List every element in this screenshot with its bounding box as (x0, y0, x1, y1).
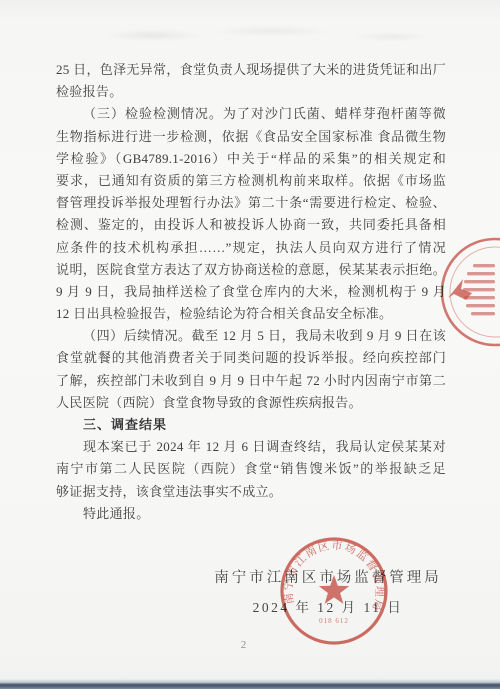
document-text-line: 督管理投诉举报处理暂行办法》第二十条“需要进行检定、检验、 (56, 192, 446, 214)
document-text-line: 应条件的技术机构承担……”规定，执法人员向双方进行了情况 (56, 237, 446, 259)
seal-code-text: 018 612 (319, 617, 349, 625)
document-text-line: 人民医院（西院）食堂食物导致的食源性疾病报告。 (56, 392, 446, 414)
document-text-line: 25 日，色泽无异常，食堂负责人现场提供了大米的进货凭证和出厂 (56, 59, 446, 81)
edge-seal-text-rows (463, 264, 495, 315)
edge-seal-outer-ring (442, 239, 500, 345)
document-text-line: 特此通报。 (56, 503, 446, 525)
document-text-line: 12 日出具检验报告，检验结论为符合相关食品安全标准。 (56, 303, 446, 325)
document-text-line: 检测、鉴定的，由投诉人和被投诉人协商一致，共同委托具备相 (56, 214, 446, 236)
document-body: 25 日，色泽无异常，食堂负责人现场提供了大米的进货凭证和出厂检验报告。（三）检… (56, 59, 446, 525)
document-text-line: 检验报告。 (56, 81, 446, 103)
official-seal-stamp: 南宁市江南区市场监督管理局 018 612 (276, 533, 392, 655)
document-text-line: 说明，医院食堂方表达了双方协商送检的意愿，侯某某表示拒绝。 (56, 259, 446, 281)
scanned-document-page: 25 日，色泽无异常，食堂负责人现场提供了大米的进货凭证和出厂检验报告。（三）检… (0, 0, 500, 689)
document-text-line: 学检验》（GB4789.1-2016）中关于“样品的采集”的相关规定和 (56, 148, 446, 170)
seal-star-icon (319, 575, 349, 604)
document-text-line: 9 月 9 日，我局抽样送检了食堂仓库内的大米，检测机构于 9 月 (56, 281, 446, 303)
document-text-line: 食堂就餐的其他消费者关于同类问题的投诉举报。经向疾控部门 (56, 347, 446, 369)
document-text-line: （四）后续情况。截至 12 月 5 日，我局未收到 9 月 9 日在该 (56, 325, 446, 347)
document-text-line: （三）检验检测情况。为了对沙门氏菌、蜡样芽孢杆菌等微 (56, 103, 446, 125)
document-text-line: 南宁市第二人民医院（西院）食堂“销售馊米饭”的举报缺乏足 (56, 458, 446, 480)
document-text-line: 现本案已于 2024 年 12 月 6 日调查终结，我局认定侯某某对 (56, 436, 446, 458)
document-text-line: 要求，已通知有资质的第三方检测机构前来取样。依据《市场监 (56, 170, 446, 192)
document-text-line: 够证据支持，该食堂违法事实不成立。 (56, 481, 446, 503)
page-number: 2 (0, 639, 488, 651)
document-text-line: 了解，疾控部门未收到自 9 月 9 日中午起 72 小时内因南宁市第二 (56, 370, 446, 392)
paper-smudge (90, 20, 440, 48)
scan-bottom-edge (0, 679, 500, 689)
edge-seal-stamp (439, 234, 500, 348)
document-text-line: 三、调查结果 (56, 414, 446, 436)
document-text-line: 生物指标进行进一步检测，依据《食品安全国家标准 食品微生物 (56, 126, 446, 148)
